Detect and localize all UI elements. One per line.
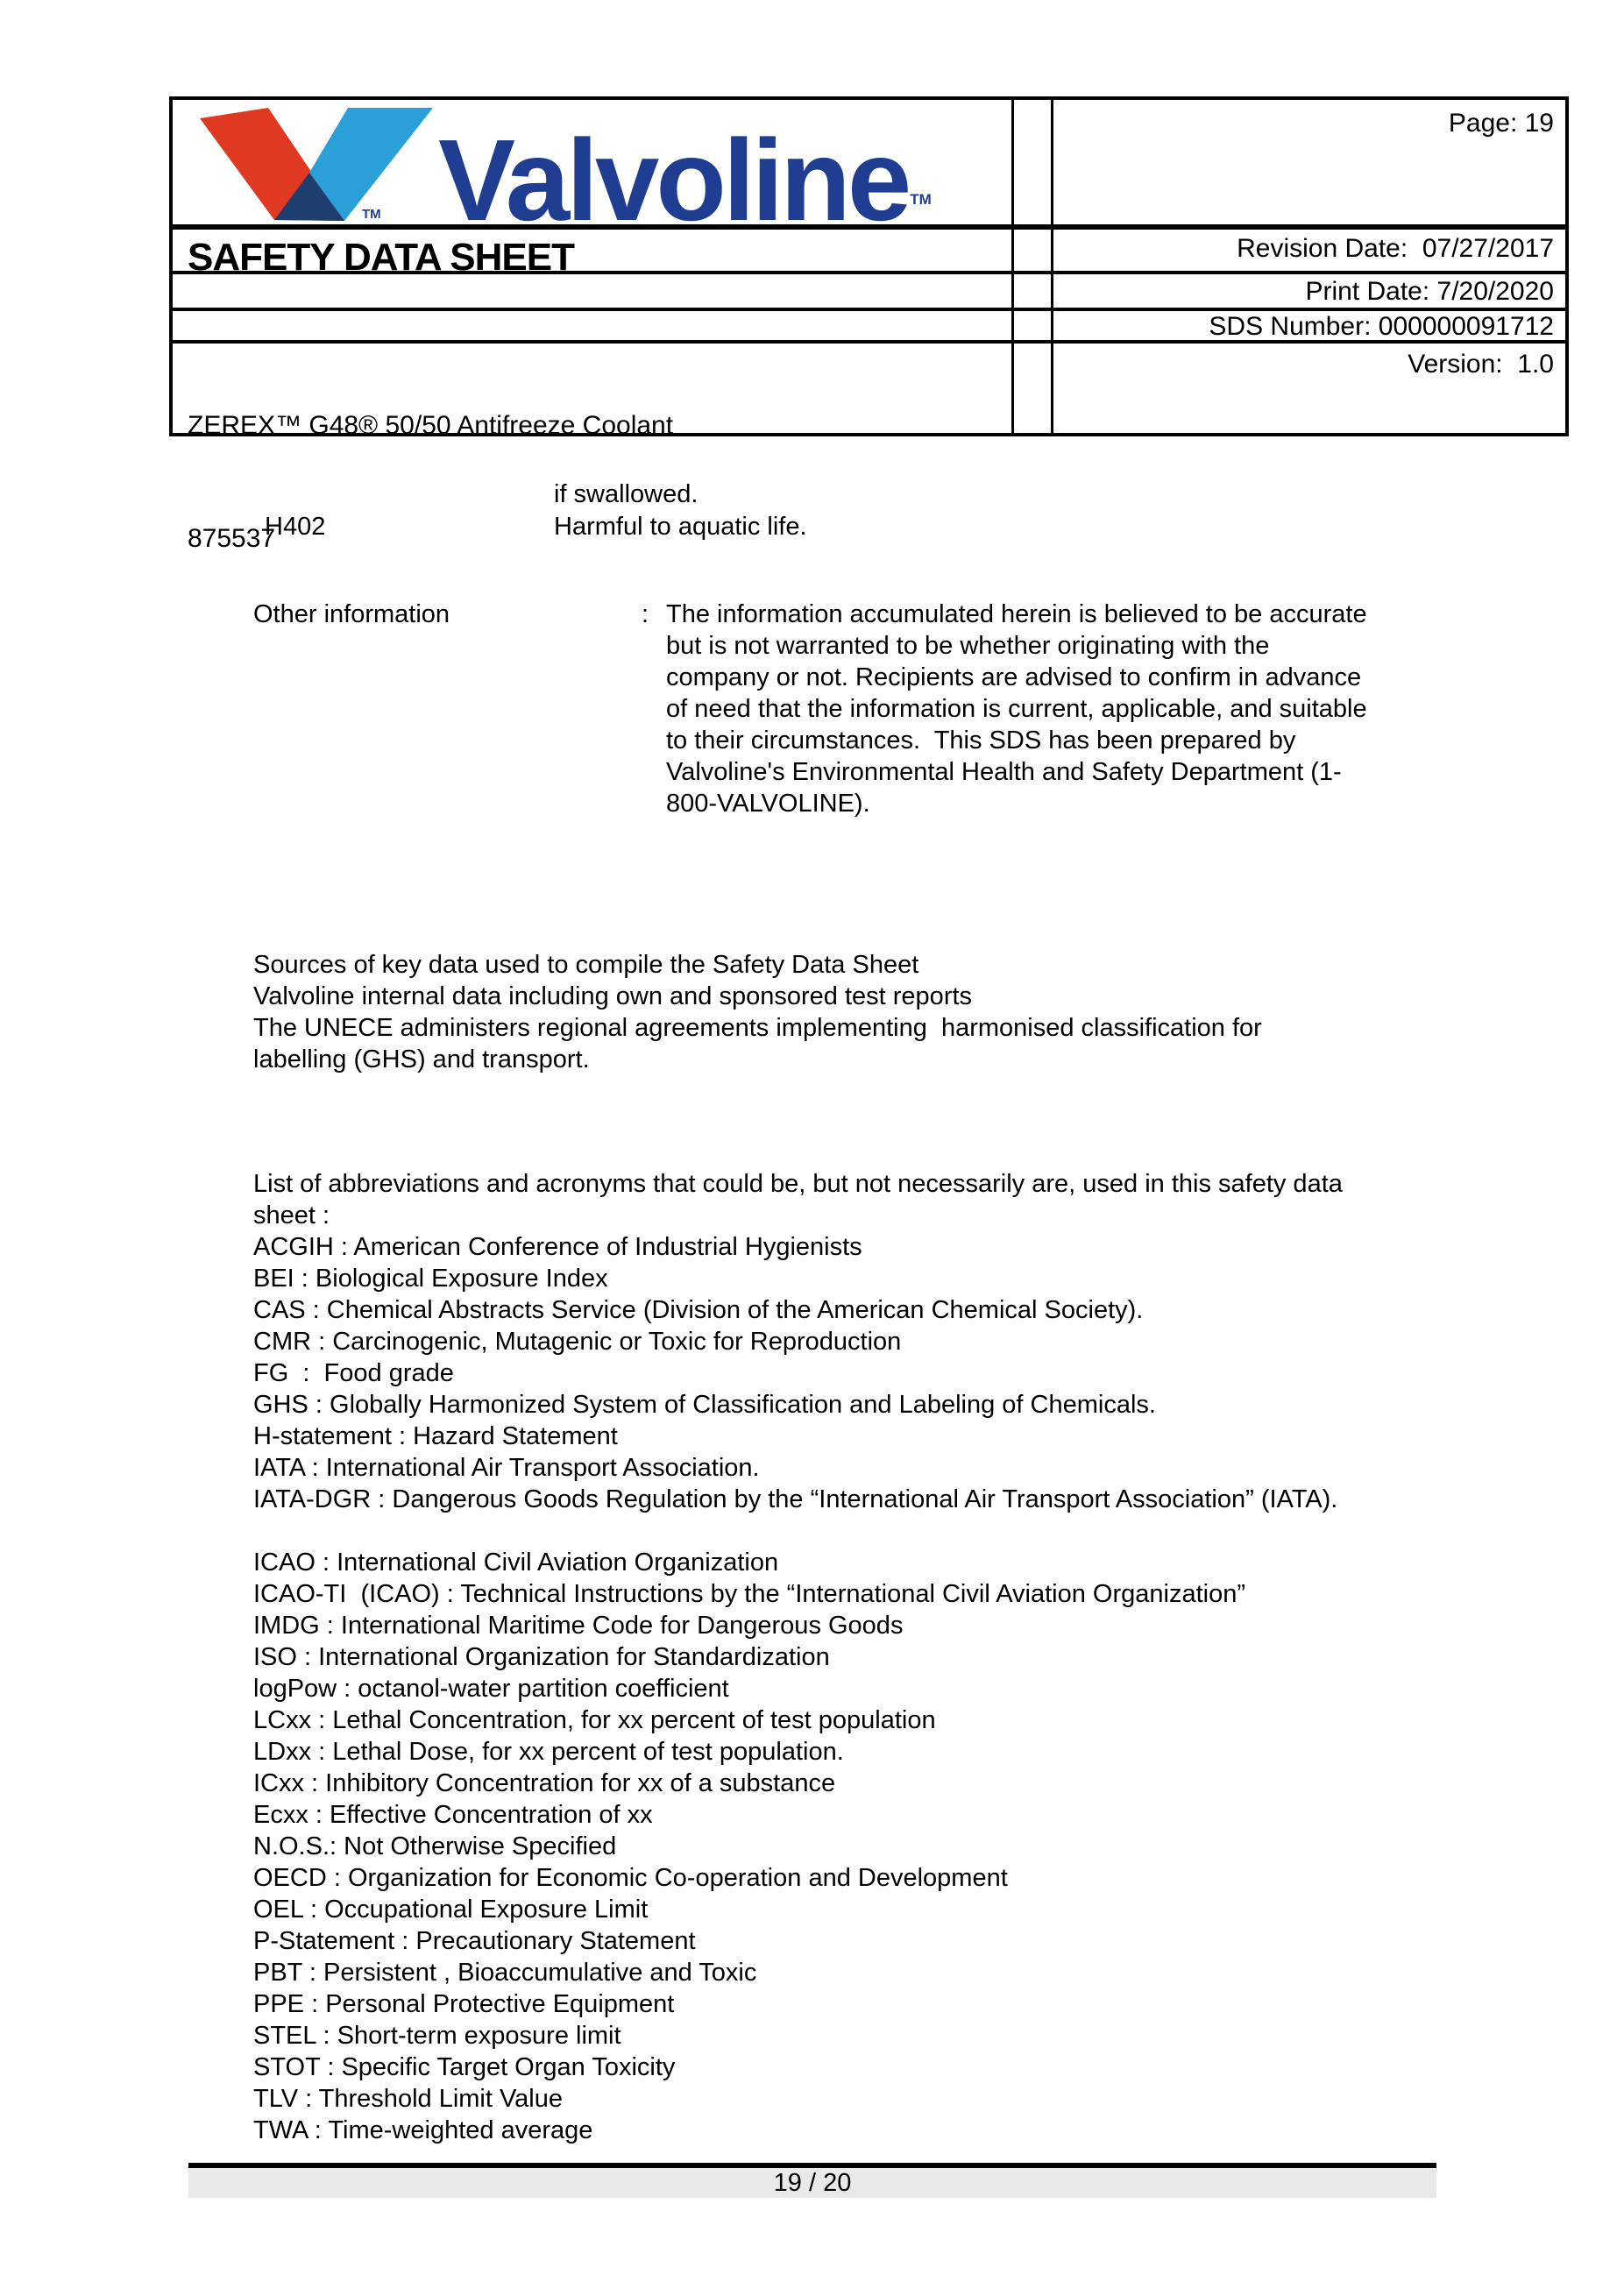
spacer-cell [1011,230,1053,274]
abbreviations-list: List of abbreviations and acronyms that … [253,1168,1343,2146]
product-cell: ZEREX™ G48® 50/50 Antifreeze Coolant 875… [173,344,1011,433]
empty-cell [173,311,1011,344]
header-table: TM ValvolineTM Page: 19 SAFETY DATA SHEE… [169,96,1569,436]
wordmark-trademark-icon: TM [910,191,932,208]
sds-number: SDS Number: 000000091712 [1053,311,1565,344]
v-trademark-icon: TM [362,207,381,222]
other-information-paragraph: The information accumulated herein is be… [666,599,1367,819]
hazard-statement: Harmful to aquatic life. [554,511,807,542]
spacer-cell [1011,344,1053,433]
version: Version: 1.0 [1053,344,1565,433]
other-information-label: Other information [253,599,450,630]
page-indicator: 19 / 20 [188,2168,1436,2198]
spacer-cell [1011,311,1053,344]
hazard-code: H402 [265,511,325,542]
page-number: Page: 19 [1053,100,1565,230]
brand-name: Valvoline [438,116,908,244]
revision-date: Revision Date: 07/27/2017 [1053,230,1565,274]
print-date: Print Date: 7/20/2020 [1053,274,1565,311]
sources-paragraph: Sources of key data used to compile the … [253,949,1262,1075]
empty-cell [173,274,1011,311]
spacer-cell [1011,274,1053,311]
other-information-colon: : [642,599,649,630]
hazard-statement-continuation: if swallowed. [554,478,698,510]
valvoline-v-icon [195,108,436,222]
sheet-title: SAFETY DATA SHEET [173,230,1011,274]
sds-document-page: TM ValvolineTM Page: 19 SAFETY DATA SHEE… [0,0,1624,2296]
page-footer: 19 / 20 [188,2163,1436,2198]
product-name: ZEREX™ G48® 50/50 Antifreeze Coolant [188,411,1011,441]
spacer-cell [1011,100,1053,230]
logo-cell: TM ValvolineTM [173,100,1011,230]
